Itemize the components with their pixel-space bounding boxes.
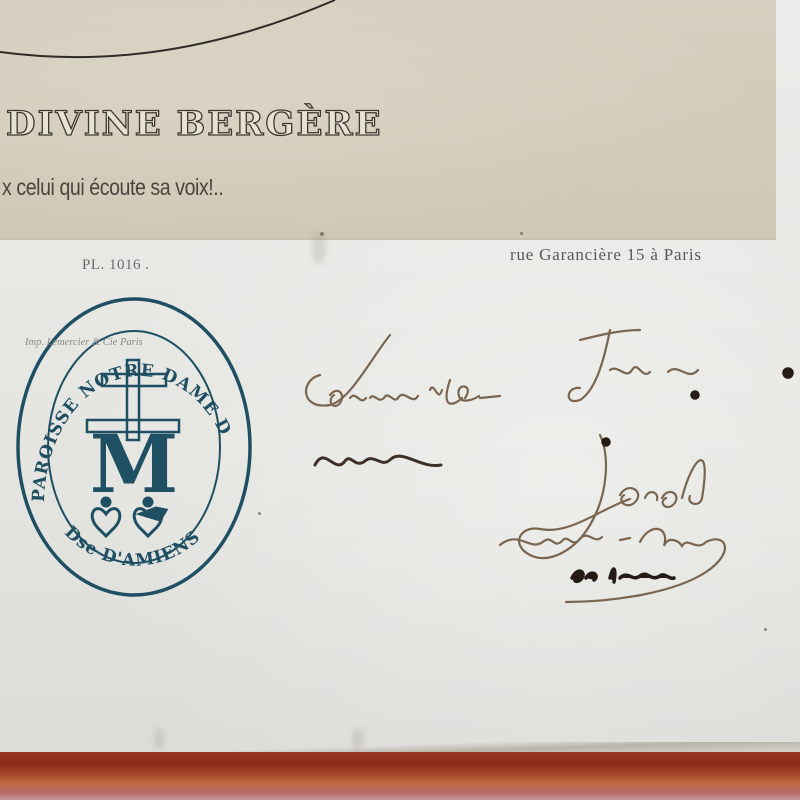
stamp-monogram: M: [90, 417, 179, 511]
publisher-address: rue Garancière 15 à Paris: [510, 245, 702, 265]
picture-frame-edge: [0, 752, 800, 800]
paper-speck: [764, 628, 767, 631]
print-subtitle: x celui qui écoute sa voix!..: [2, 174, 223, 201]
paper-smudge: [312, 232, 326, 264]
plate-number: PL. 1016 .: [82, 257, 150, 274]
stamp-text-bottom: Dse D'AMIENS: [60, 522, 204, 571]
print-title: DIVINE BERGÈRE: [6, 104, 383, 144]
paper-speck: [258, 512, 261, 515]
handwritten-dedication: [290, 320, 800, 610]
print-plate: DIVINE BERGÈRE x celui qui écoute sa voi…: [0, 0, 776, 240]
paper-speck: [520, 232, 523, 235]
printer-credit: Imp. Lemercier & Cie Paris: [25, 337, 143, 348]
svg-text:Dse D'AMIENS: Dse D'AMIENS: [60, 522, 204, 571]
